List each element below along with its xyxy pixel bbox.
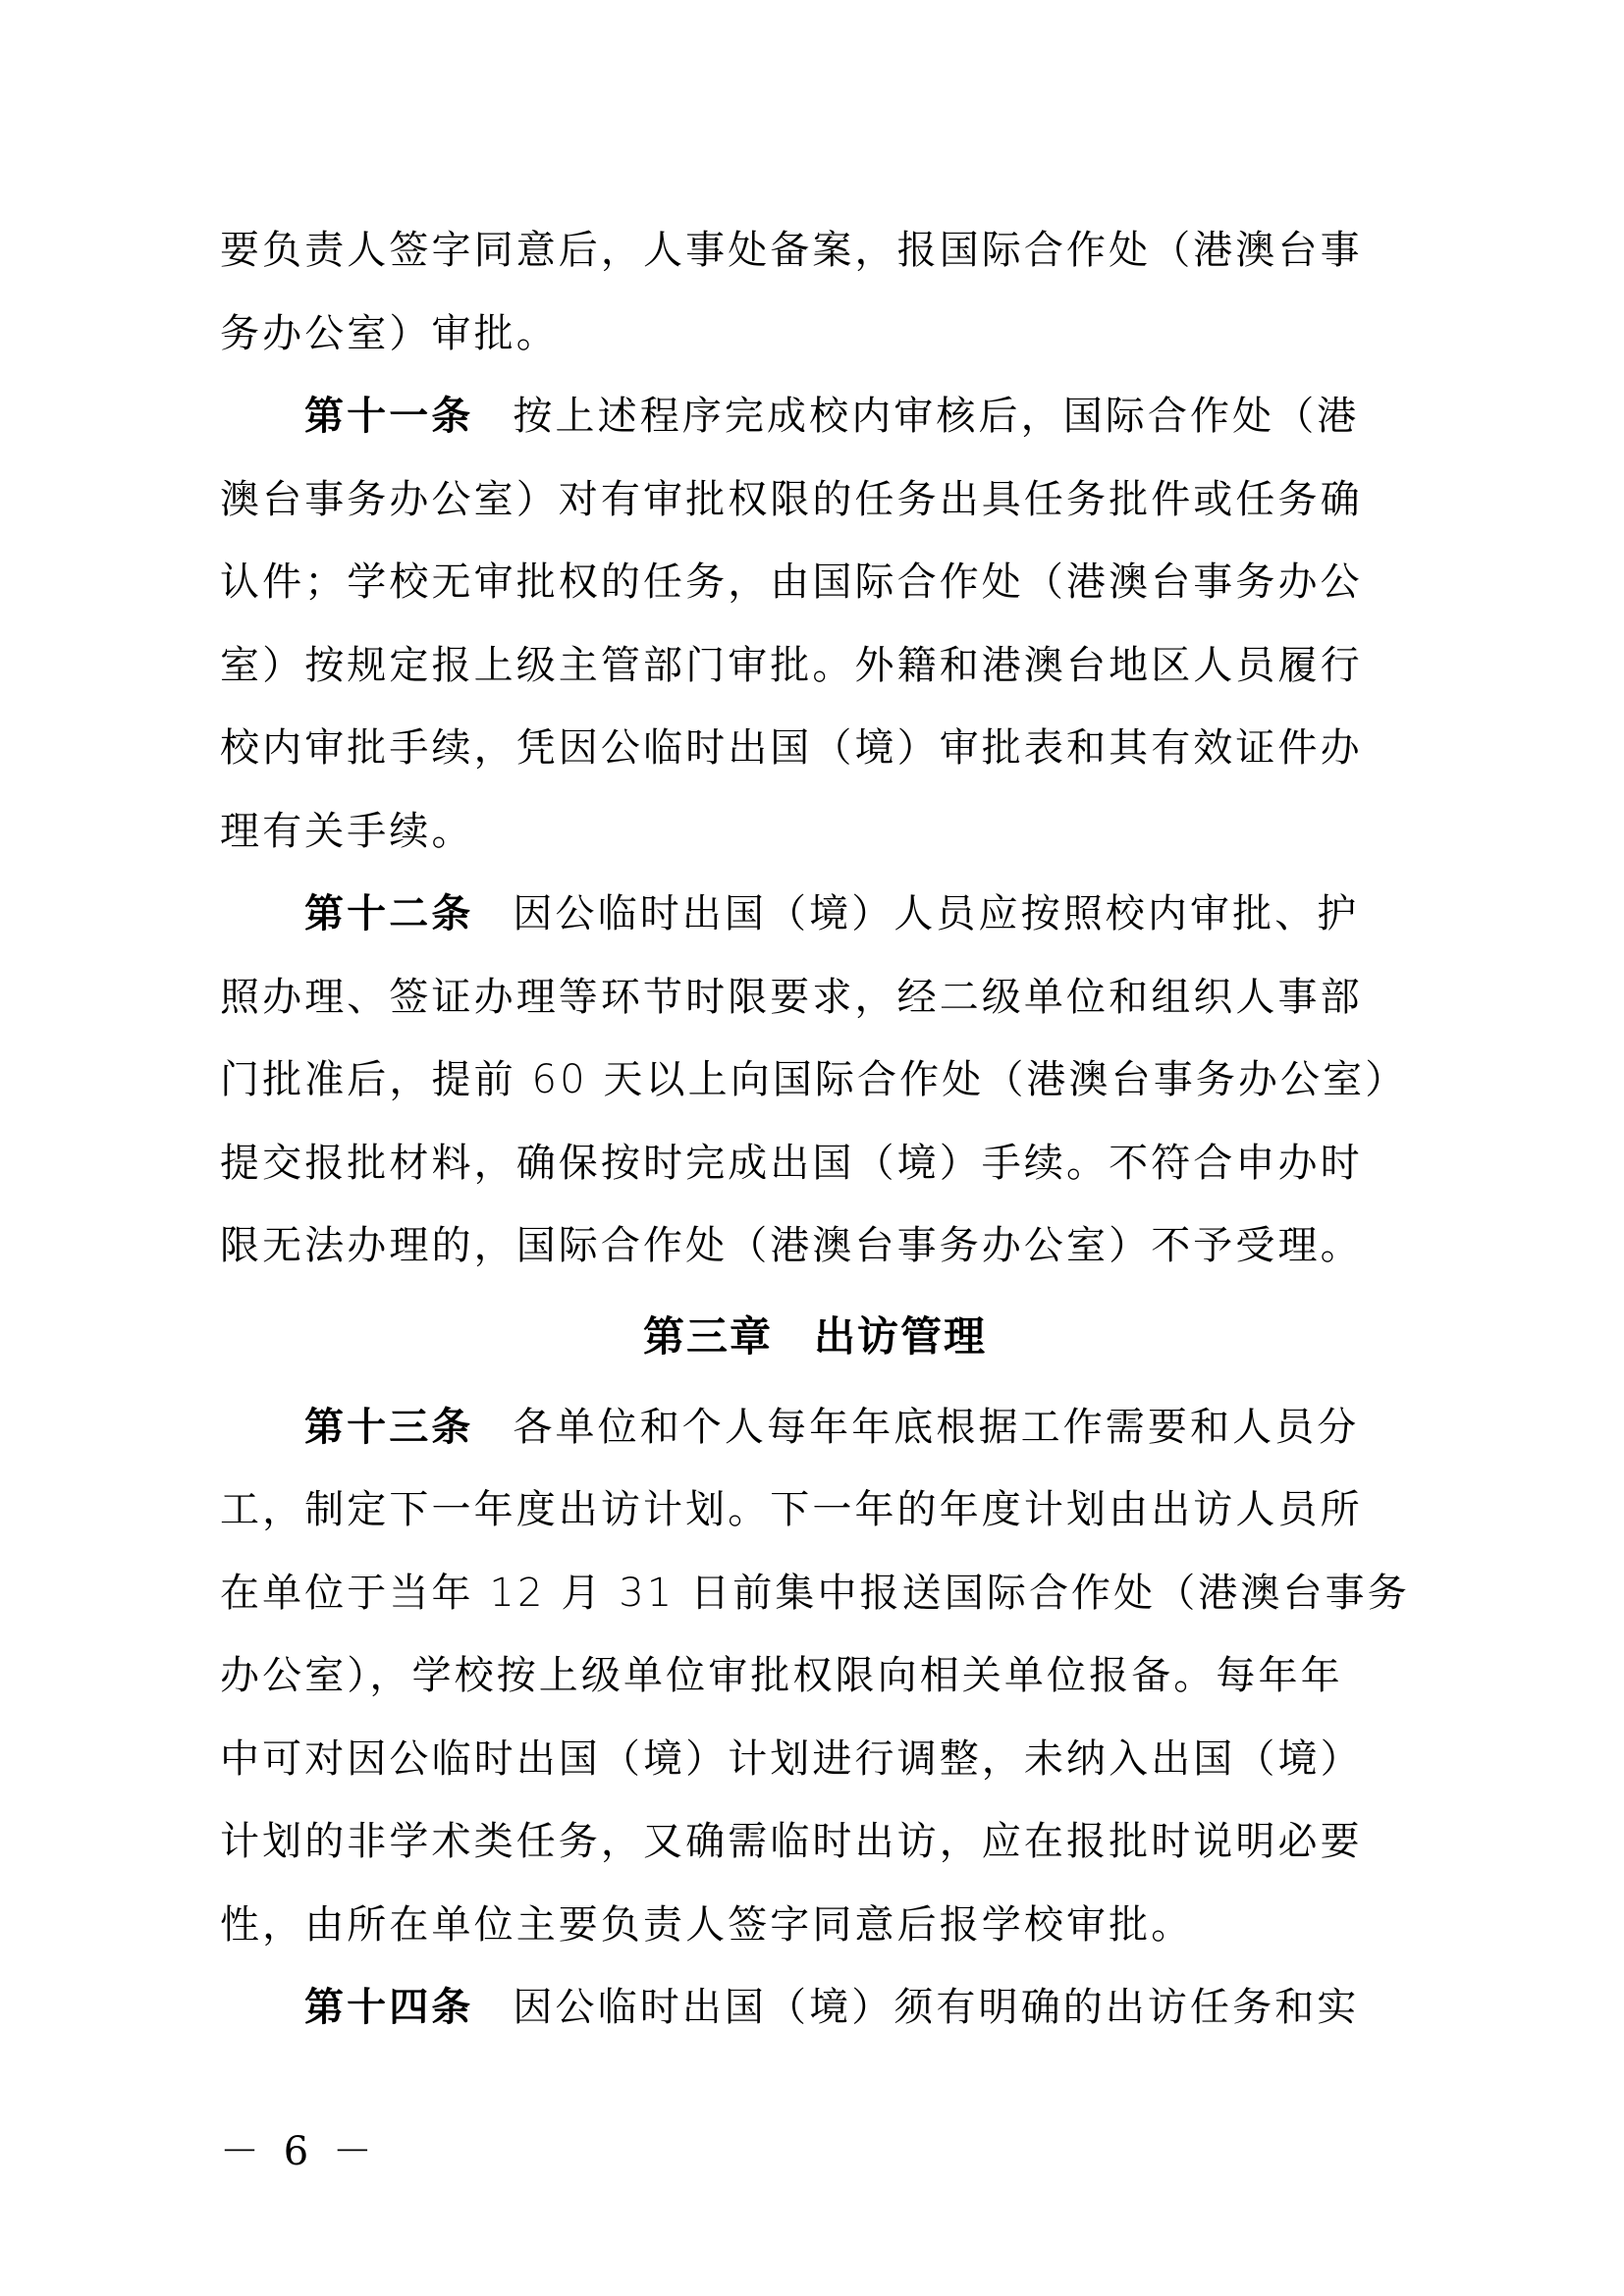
article-number: 第十四条 (304, 1985, 473, 2030)
document-page: 要负责人签字同意后，人事处备案，报国际合作处（港澳台事 务办公室）审批。 第十一… (0, 0, 1624, 2296)
paragraph-article-13: 第十三条各单位和个人每年年底根据工作需要和人员分 工，制定下一年度出访计划。下一… (220, 1386, 1410, 1967)
text-line: 计划的非学术类任务，又确需临时出访，应在报批时说明必要 (220, 1800, 1410, 1884)
text-span: 因公临时出国（境）须有明确的出访任务和实 (513, 1985, 1359, 2030)
text-line-first: 第十二条因公临时出国（境）人员应按照校内审批、护 (220, 873, 1410, 956)
text-line: 理有关手续。 (220, 790, 1410, 874)
text-line-first: 第十一条按上述程序完成校内审核后，国际合作处（港 (220, 375, 1410, 458)
page-number: － 6 － (220, 2120, 378, 2176)
text-line: 办公室），学校按上级单位审批权限向相关单位报备。每年年 (220, 1634, 1410, 1718)
paragraph-article-12: 第十二条因公临时出国（境）人员应按照校内审批、护 照办理、签证办理等环节时限要求… (220, 873, 1410, 1288)
text-line: 限无法办理的，国际合作处（港澳台事务办公室）不予受理。 (220, 1204, 1410, 1288)
text-line: 室）按规定报上级主管部门审批。外籍和港澳台地区人员履行 (220, 624, 1410, 708)
text-line: 性，由所在单位主要负责人签字同意后报学校审批。 (220, 1884, 1410, 1967)
chapter-heading: 第三章出访管理 (220, 1288, 1410, 1386)
paragraph-article-14: 第十四条因公临时出国（境）须有明确的出访任务和实 (220, 1966, 1410, 2050)
text-line: 提交报批材料，确保按时完成出国（境）手续。不符合申办时 (220, 1122, 1410, 1205)
chapter-title: 出访管理 (814, 1312, 987, 1361)
text-line: 澳台事务办公室）对有审批权限的任务出具任务批件或任务确 (220, 458, 1410, 542)
text-line: 要负责人签字同意后，人事处备案，报国际合作处（港澳台事 (220, 209, 1410, 293)
text-line-first: 第十三条各单位和个人每年年底根据工作需要和人员分 (220, 1386, 1410, 1469)
text-line: 认件；学校无审批权的任务，由国际合作处（港澳台事务办公 (220, 541, 1410, 624)
text-line: 照办理、签证办理等环节时限要求，经二级单位和组织人事部 (220, 956, 1410, 1040)
paragraph-article-10-continuation: 要负责人签字同意后，人事处备案，报国际合作处（港澳台事 务办公室）审批。 (220, 209, 1410, 375)
text-line: 工，制定下一年度出访计划。下一年的年度计划由出访人员所 (220, 1468, 1410, 1552)
text-span: 按上述程序完成校内审核后，国际合作处（港 (513, 394, 1359, 439)
text-line: 校内审批手续，凭因公临时出国（境）审批表和其有效证件办 (220, 707, 1410, 790)
text-line: 在单位于当年 12 月 31 日前集中报送国际合作处（港澳台事务 (220, 1552, 1410, 1635)
text-line: 中可对因公临时出国（境）计划进行调整，未纳入出国（境） (220, 1718, 1410, 1801)
article-number: 第十一条 (304, 394, 473, 439)
text-span: 因公临时出国（境）人员应按照校内审批、护 (513, 891, 1359, 936)
document-body: 要负责人签字同意后，人事处备案，报国际合作处（港澳台事 务办公室）审批。 第十一… (220, 209, 1410, 2050)
text-line: 务办公室）审批。 (220, 293, 1410, 376)
text-line: 门批准后，提前 60 天以上向国际合作处（港澳台事务办公室） (220, 1039, 1410, 1122)
article-number: 第十二条 (304, 891, 473, 936)
chapter-number: 第三章 (643, 1312, 773, 1361)
text-span: 各单位和个人每年年底根据工作需要和人员分 (513, 1405, 1359, 1450)
text-line-first: 第十四条因公临时出国（境）须有明确的出访任务和实 (220, 1966, 1410, 2050)
article-number: 第十三条 (304, 1405, 473, 1450)
paragraph-article-11: 第十一条按上述程序完成校内审核后，国际合作处（港 澳台事务办公室）对有审批权限的… (220, 375, 1410, 873)
